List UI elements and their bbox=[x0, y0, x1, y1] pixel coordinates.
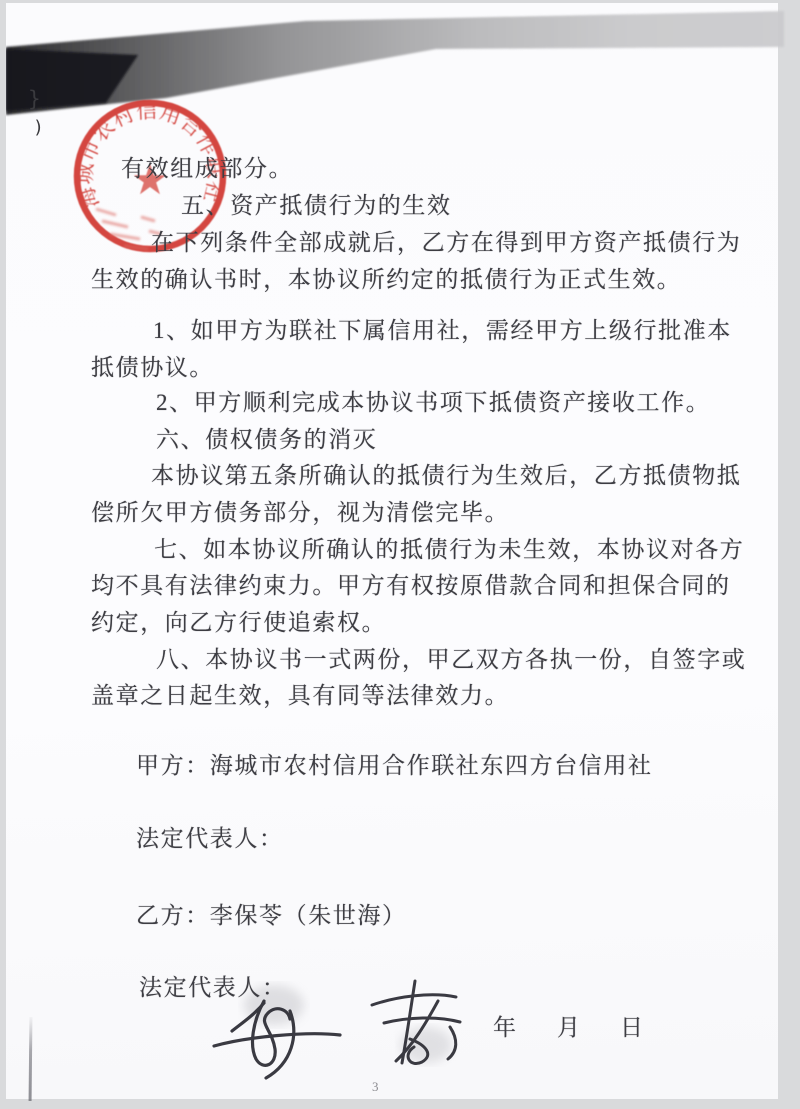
doc-line-legal-rep-b: 法定代表人： bbox=[139, 969, 287, 1002]
doc-line: 约定，向乙方行使追索权。 bbox=[91, 604, 386, 637]
handwritten-signature-right bbox=[372, 981, 460, 1064]
doc-line-legal-rep-a: 法定代表人： bbox=[136, 820, 284, 853]
doc-line: 均不具有法律约束力。甲方有权按原借款合同和担保合同的 bbox=[91, 567, 731, 600]
handwritten-signature-left bbox=[214, 1001, 340, 1078]
doc-line: 本协议第五条所确认的抵债行为生效后，乙方抵债物抵 bbox=[151, 457, 741, 490]
scan-band-dark-wedge bbox=[6, 49, 138, 111]
scan-band bbox=[6, 11, 784, 115]
doc-line: 抵债协议。 bbox=[91, 349, 214, 382]
doc-line-section-5: 五、资产抵债行为的生效 bbox=[181, 187, 452, 220]
doc-line-party-a: 甲方：海城市农村信用合作联社东四方台信用社 bbox=[136, 747, 653, 780]
date-year-label: 年 bbox=[493, 1009, 516, 1042]
document-page: 海城市农村信用合作联社 ★ bbox=[6, 3, 778, 1099]
doc-line-item-1: 1、如甲方为联社下属信用社，需经甲方上级行批准本 bbox=[153, 312, 732, 345]
doc-line: 偿所欠甲方债务部分，视为清偿完毕。 bbox=[91, 494, 509, 527]
date-day-label: 日 bbox=[620, 1009, 643, 1042]
doc-line-party-b: 乙方：李保苓（朱世海） bbox=[136, 897, 407, 930]
doc-line-item-2: 2、甲方顺利完成本协议书项下抵债资产接收工作。 bbox=[156, 384, 710, 417]
doc-line-section-8: 八、本协议书一式两份，甲乙双方各执一份，自签字或 bbox=[156, 641, 746, 674]
margin-mark: ) bbox=[33, 117, 44, 138]
doc-line: 有效组成部分。 bbox=[121, 150, 293, 183]
doc-line: 盖章之日起生效，具有同等法律效力。 bbox=[91, 677, 509, 710]
doc-line-section-7: 七、如本协议所确认的抵债行为未生效，本协议对各方 bbox=[154, 531, 744, 564]
doc-line: 生效的确认书时，本协议所约定的抵债行为正式生效。 bbox=[91, 261, 681, 294]
paper-crease bbox=[29, 1017, 33, 1101]
signature-smudge bbox=[400, 1027, 452, 1063]
date-month-label: 月 bbox=[557, 1009, 580, 1042]
doc-line: 在下列条件全部成就后，乙方在得到甲方资产抵债行为 bbox=[151, 224, 741, 257]
margin-mark: } bbox=[28, 87, 41, 111]
doc-line-section-6: 六、债权债务的消灭 bbox=[156, 421, 377, 454]
page-number: 3 bbox=[372, 1079, 380, 1095]
